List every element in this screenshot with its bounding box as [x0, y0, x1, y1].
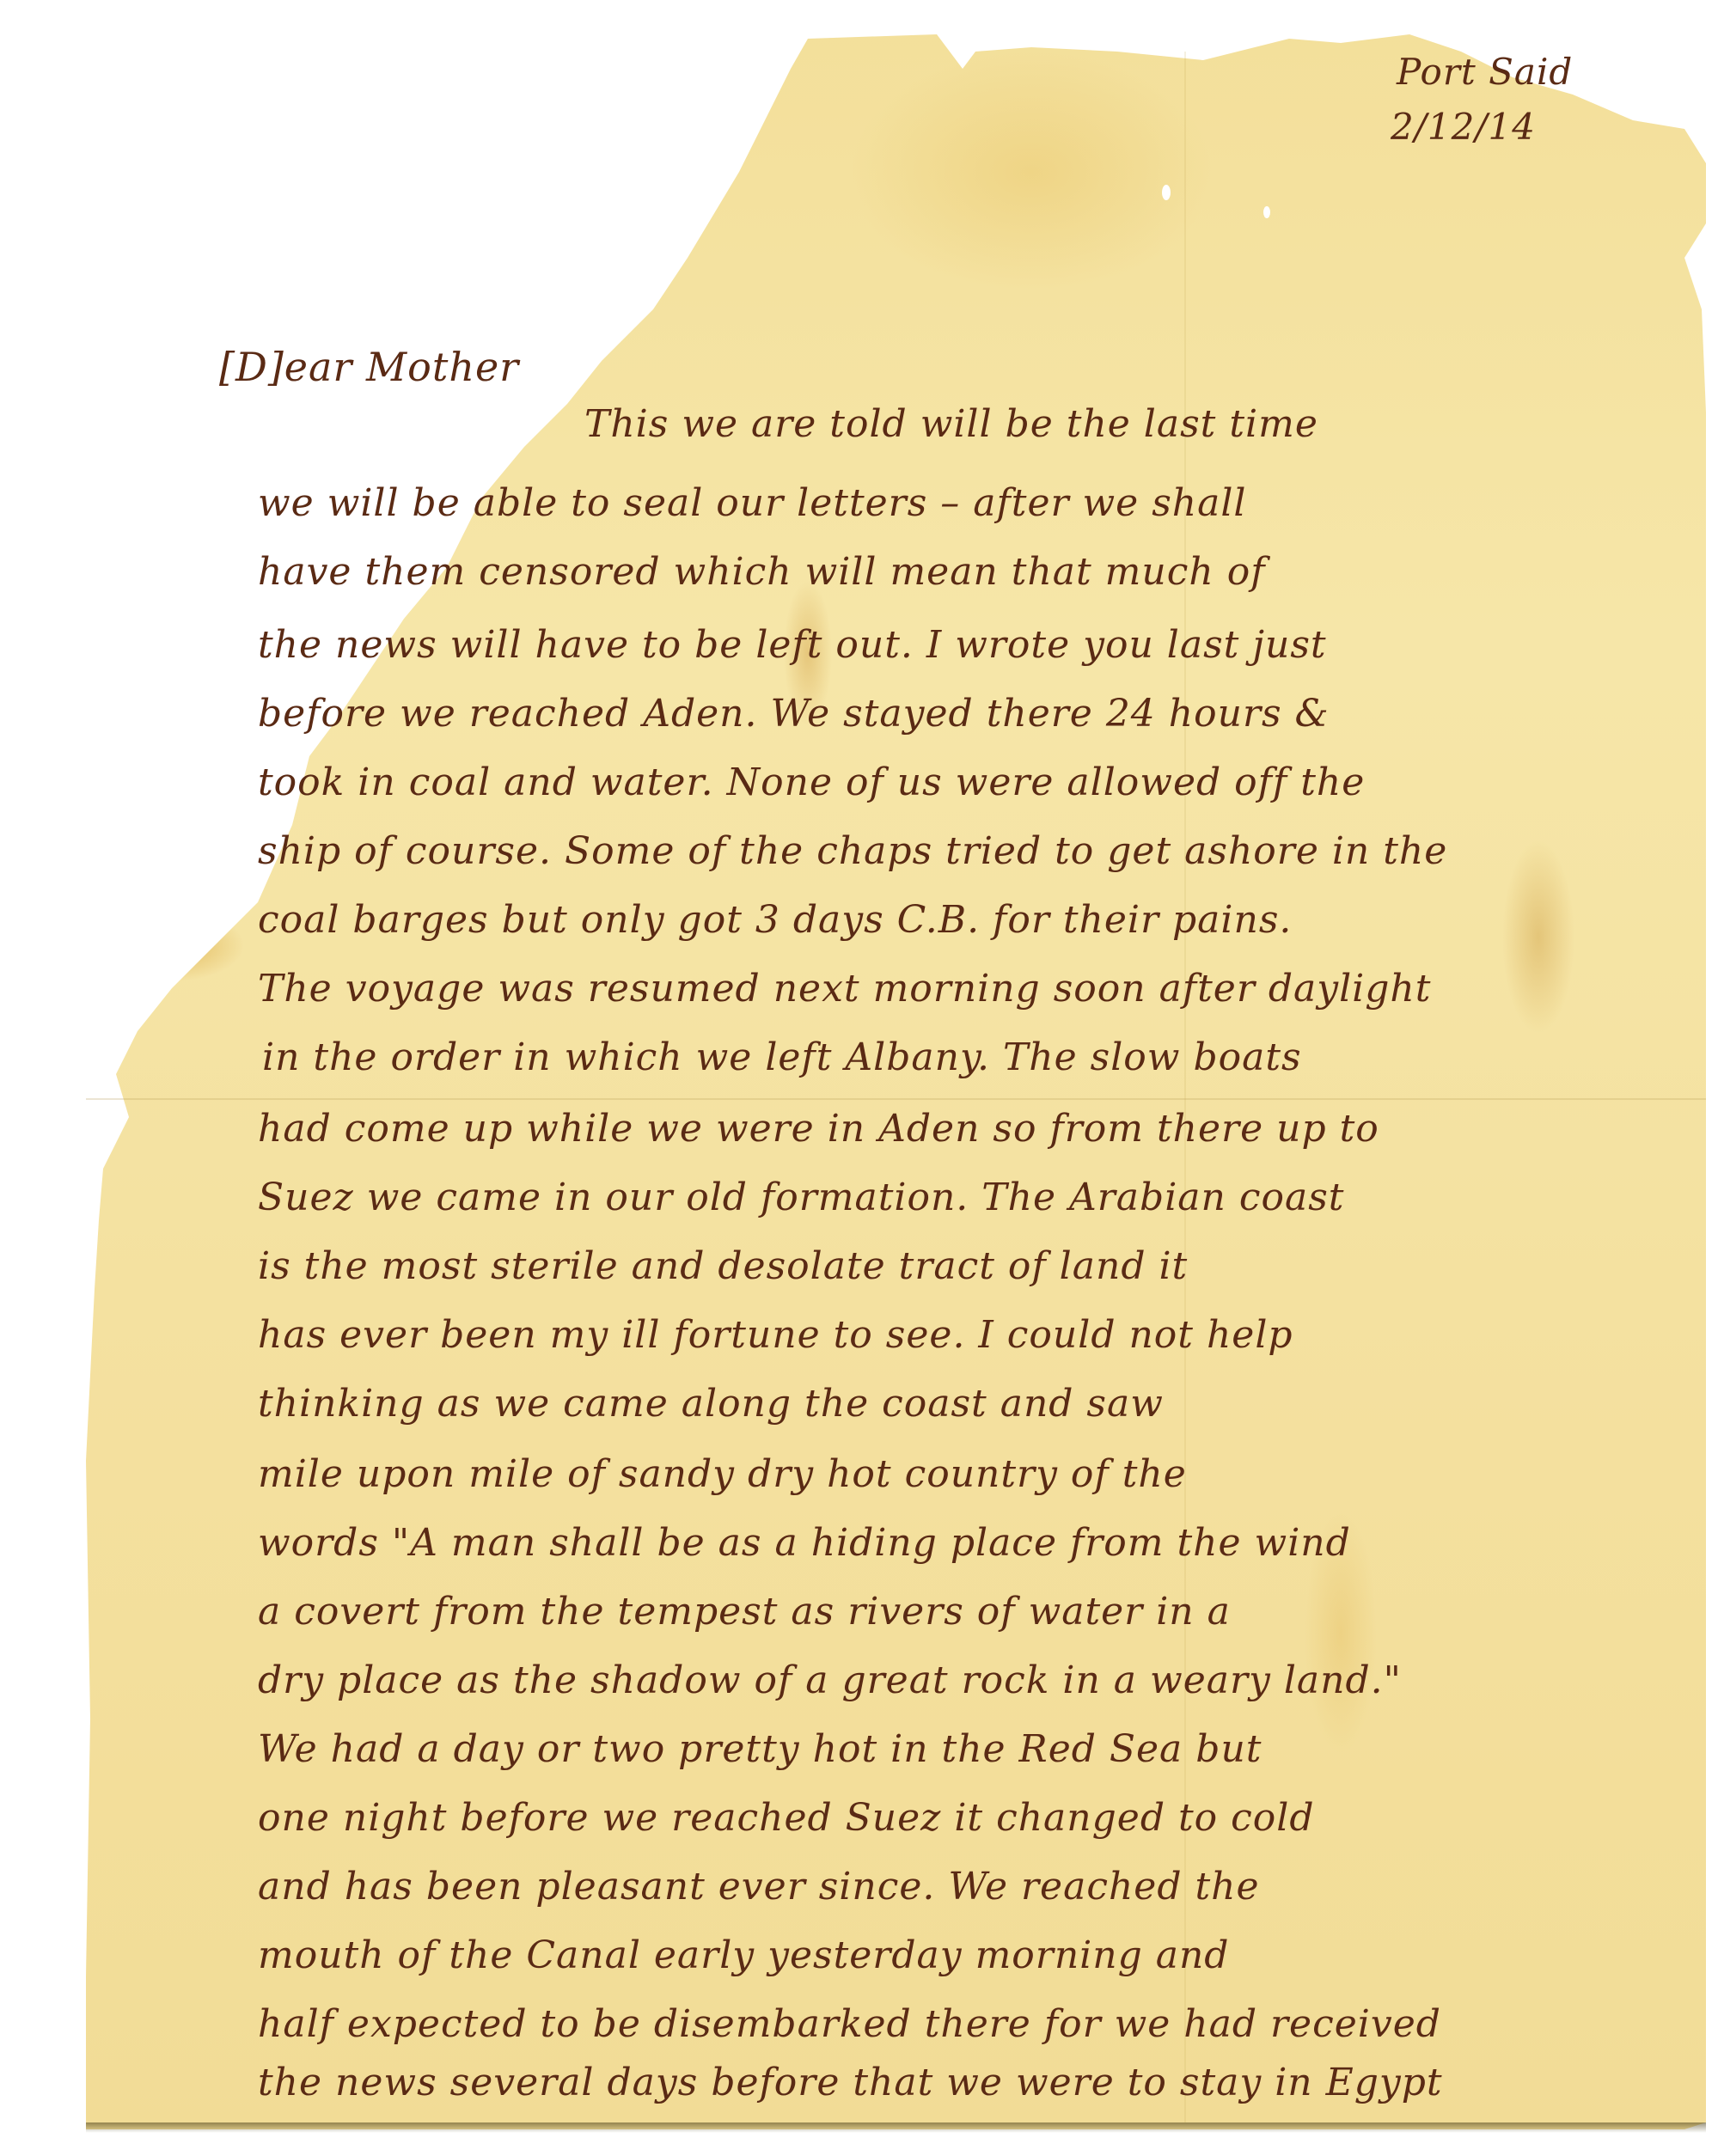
letter-line: one night before we reached Suez it chan…: [258, 1796, 1315, 1840]
page-bottom-shadow: [86, 2122, 1706, 2133]
letter-line: ship of course. Some of the chaps tried …: [258, 829, 1447, 873]
letter-line: half expected to be disembarked there fo…: [258, 2002, 1441, 2046]
letter-line: had come up while we were in Aden so fro…: [258, 1107, 1379, 1151]
salutation: [D]ear Mother: [219, 344, 519, 390]
letter-line: dry place as the shadow of a great rock …: [258, 1658, 1402, 1702]
letter-line: before we reached Aden. We stayed there …: [258, 692, 1330, 736]
letter-line: a covert from the tempest as rivers of w…: [258, 1590, 1231, 1634]
place-heading: Port Said: [1397, 50, 1573, 95]
letter-line: The voyage was resumed next morning soon…: [258, 967, 1431, 1011]
letter-line: we will be able to seal our letters – af…: [258, 481, 1247, 525]
paper-hole: [173, 886, 185, 901]
letter-line: in the order in which we left Albany. Th…: [262, 1035, 1302, 1079]
letter-line: mouth of the Canal early yesterday morni…: [258, 1933, 1229, 1977]
letter-line: thinking as we came along the coast and …: [258, 1382, 1164, 1426]
letter-line: has ever been my ill fortune to see. I c…: [258, 1313, 1293, 1357]
letter-line: is the most sterile and desolate tract o…: [258, 1244, 1188, 1288]
letter-line: mile upon mile of sandy dry hot country …: [258, 1452, 1187, 1496]
letter-page: Port Said 2/12/14 [D]ear Mother This we …: [0, 0, 1718, 2156]
letter-line: This we are told will be the last time: [584, 402, 1318, 446]
letter-line: Suez we came in our old formation. The A…: [258, 1176, 1344, 1219]
letter-line: and has been pleasant ever since. We rea…: [258, 1865, 1260, 1909]
letter-line: the news will have to be left out. I wro…: [258, 623, 1327, 667]
paper-hole: [1162, 185, 1171, 200]
letter-line: took in coal and water. None of us were …: [258, 760, 1365, 804]
letter-line: coal barges but only got 3 days C.B. for…: [258, 898, 1292, 942]
date-heading: 2/12/14: [1391, 105, 1536, 150]
letter-line: words "A man shall be as a hiding place …: [258, 1521, 1351, 1565]
horizontal-fold-crease: [86, 1098, 1706, 1100]
paper-hole: [1263, 206, 1270, 218]
letter-line: We had a day or two pretty hot in the Re…: [258, 1727, 1262, 1771]
letter-line: the news several days before that we wer…: [258, 2061, 1443, 2104]
letter-line: have them censored which will mean that …: [258, 550, 1265, 594]
